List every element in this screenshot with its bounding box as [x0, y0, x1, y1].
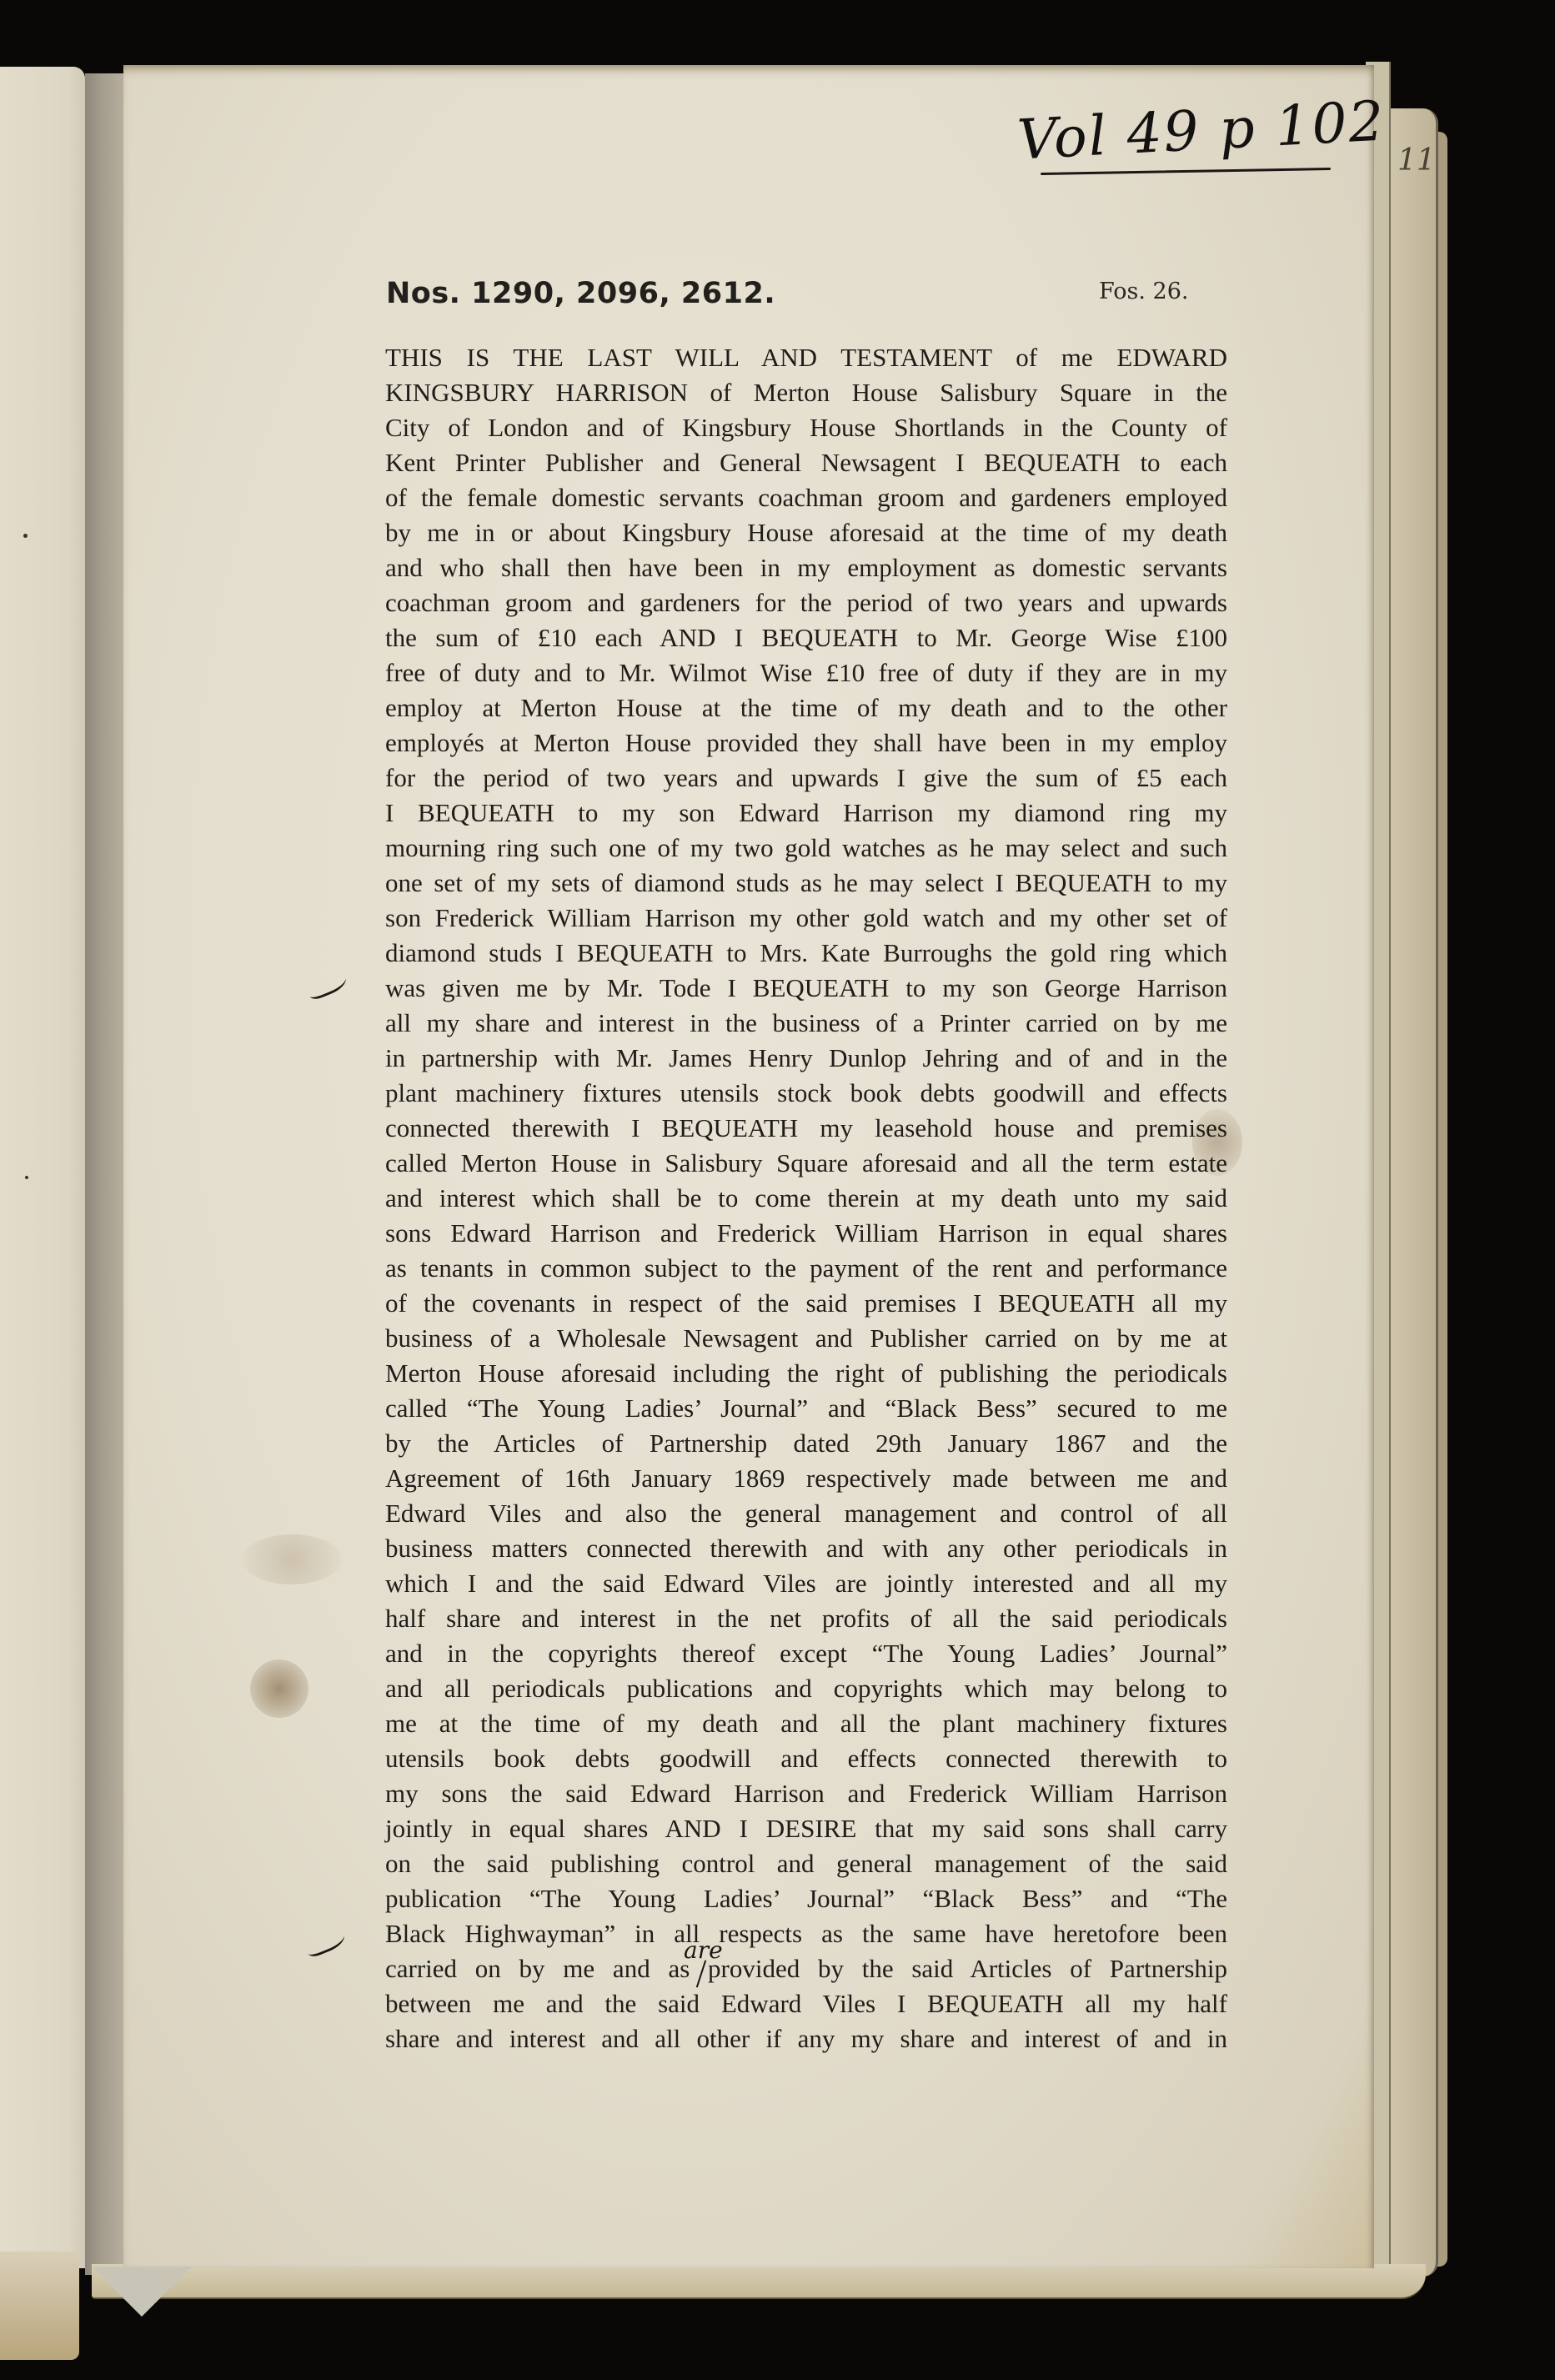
- text-line: connected therewith I BEQUEATH my leaseh…: [385, 1111, 1227, 1146]
- text-line: business of a Wholesale Newsagent and Pu…: [385, 1321, 1227, 1356]
- text-line: and who shall then have been in my emplo…: [385, 550, 1227, 585]
- text-line: called “The Young Ladies’ Journal” and “…: [385, 1391, 1227, 1426]
- document-numbers-header: Nos. 1290, 2096, 2612.: [386, 277, 775, 310]
- text-line: Edward Viles and also the general manage…: [385, 1496, 1227, 1531]
- text-line: the sum of £10 each AND I BEQUEATH to Mr…: [385, 620, 1227, 655]
- text-line: employés at Merton House provided they s…: [385, 726, 1227, 761]
- text-line: and interest which shall be to come ther…: [385, 1181, 1227, 1216]
- text-line: City of London and of Kingsbury House Sh…: [385, 410, 1227, 445]
- text-line: carried on by me and as provided by the …: [385, 1951, 1227, 1986]
- left-facing-page: [0, 67, 85, 2268]
- text-line: in partnership with Mr. James Henry Dunl…: [385, 1041, 1227, 1076]
- text-line: business matters connected therewith and…: [385, 1531, 1227, 1566]
- text-line: half share and interest in the net profi…: [385, 1601, 1227, 1636]
- book-gutter-shadow: [85, 73, 123, 2275]
- text-line: of the female domestic servants coachman…: [385, 480, 1227, 515]
- left-page-bottom-edge: [0, 2252, 79, 2360]
- text-line: as tenants in common subject to the paym…: [385, 1251, 1227, 1286]
- text-line: son Frederick William Harrison my other …: [385, 901, 1227, 936]
- text-line: utensils book debts goodwill and effects…: [385, 1741, 1227, 1776]
- page-stack-bottom: [92, 2264, 1426, 2299]
- will-body-text: THIS IS THE LAST WILL AND TESTAMENT of m…: [385, 340, 1227, 2056]
- text-line: jointly in equal shares AND I DESIRE tha…: [385, 1811, 1227, 1846]
- text-line: my sons the said Edward Harrison and Fre…: [385, 1776, 1227, 1811]
- text-line: for the period of two years and upwards …: [385, 761, 1227, 796]
- text-line: called Merton House in Salisbury Square …: [385, 1146, 1227, 1181]
- text-line: and in the copyrights thereof except “Th…: [385, 1636, 1227, 1671]
- foxing-stain: [242, 1534, 342, 1584]
- text-line: diamond studs I BEQUEATH to Mrs. Kate Bu…: [385, 936, 1227, 971]
- torn-page-corner: [92, 2267, 192, 2317]
- text-line: all my share and interest in the busines…: [385, 1006, 1227, 1041]
- text-line: employ at Merton House at the time of my…: [385, 690, 1227, 726]
- page-stack-edge: [1389, 108, 1438, 2277]
- text-line: KINGSBURY HARRISON of Merton House Salis…: [385, 375, 1227, 410]
- handwritten-insertion: are: [684, 1936, 723, 1964]
- text-line: of the covenants in respect of the said …: [385, 1286, 1227, 1321]
- text-line: Merton House aforesaid including the rig…: [385, 1356, 1227, 1391]
- text-line: Kent Printer Publisher and General Newsa…: [385, 445, 1227, 480]
- text-line: on the said publishing control and gener…: [385, 1846, 1227, 1881]
- text-line: share and interest and all other if any …: [385, 2021, 1227, 2056]
- text-line: and all periodicals publications and cop…: [385, 1671, 1227, 1706]
- text-line: which I and the said Edward Viles are jo…: [385, 1566, 1227, 1601]
- text-line: publication “The Young Ladies’ Journal” …: [385, 1881, 1227, 1916]
- text-line: I BEQUEATH to my son Edward Harrison my …: [385, 796, 1227, 831]
- text-line: mourning ring such one of my two gold wa…: [385, 831, 1227, 866]
- ink-dot: [25, 1176, 28, 1179]
- stack-edge-mark: 11: [1397, 143, 1436, 178]
- text-line: by the Articles of Partnership dated 29t…: [385, 1426, 1227, 1461]
- text-line: me at the time of my death and all the p…: [385, 1706, 1227, 1741]
- text-line: by me in or about Kingsbury House afores…: [385, 515, 1227, 550]
- text-line: was given me by Mr. Tode I BEQUEATH to m…: [385, 971, 1227, 1006]
- text-line: between me and the said Edward Viles I B…: [385, 1986, 1227, 2021]
- text-line: THIS IS THE LAST WILL AND TESTAMENT of m…: [385, 340, 1227, 375]
- folio-count: Fos. 26.: [1099, 279, 1188, 304]
- text-line: Agreement of 16th January 1869 respectiv…: [385, 1461, 1227, 1496]
- ink-dot: [23, 534, 28, 538]
- text-line: sons Edward Harrison and Frederick Willi…: [385, 1216, 1227, 1251]
- text-line: one set of my sets of diamond studs as h…: [385, 866, 1227, 901]
- ink-stain: [250, 1659, 308, 1718]
- text-line: plant machinery fixtures utensils stock …: [385, 1076, 1227, 1111]
- text-line: Black Highwayman” in all respects as the…: [385, 1916, 1227, 1951]
- text-line: coachman groom and gardeners for the per…: [385, 585, 1227, 620]
- text-line: free of duty and to Mr. Wilmot Wise £10 …: [385, 655, 1227, 690]
